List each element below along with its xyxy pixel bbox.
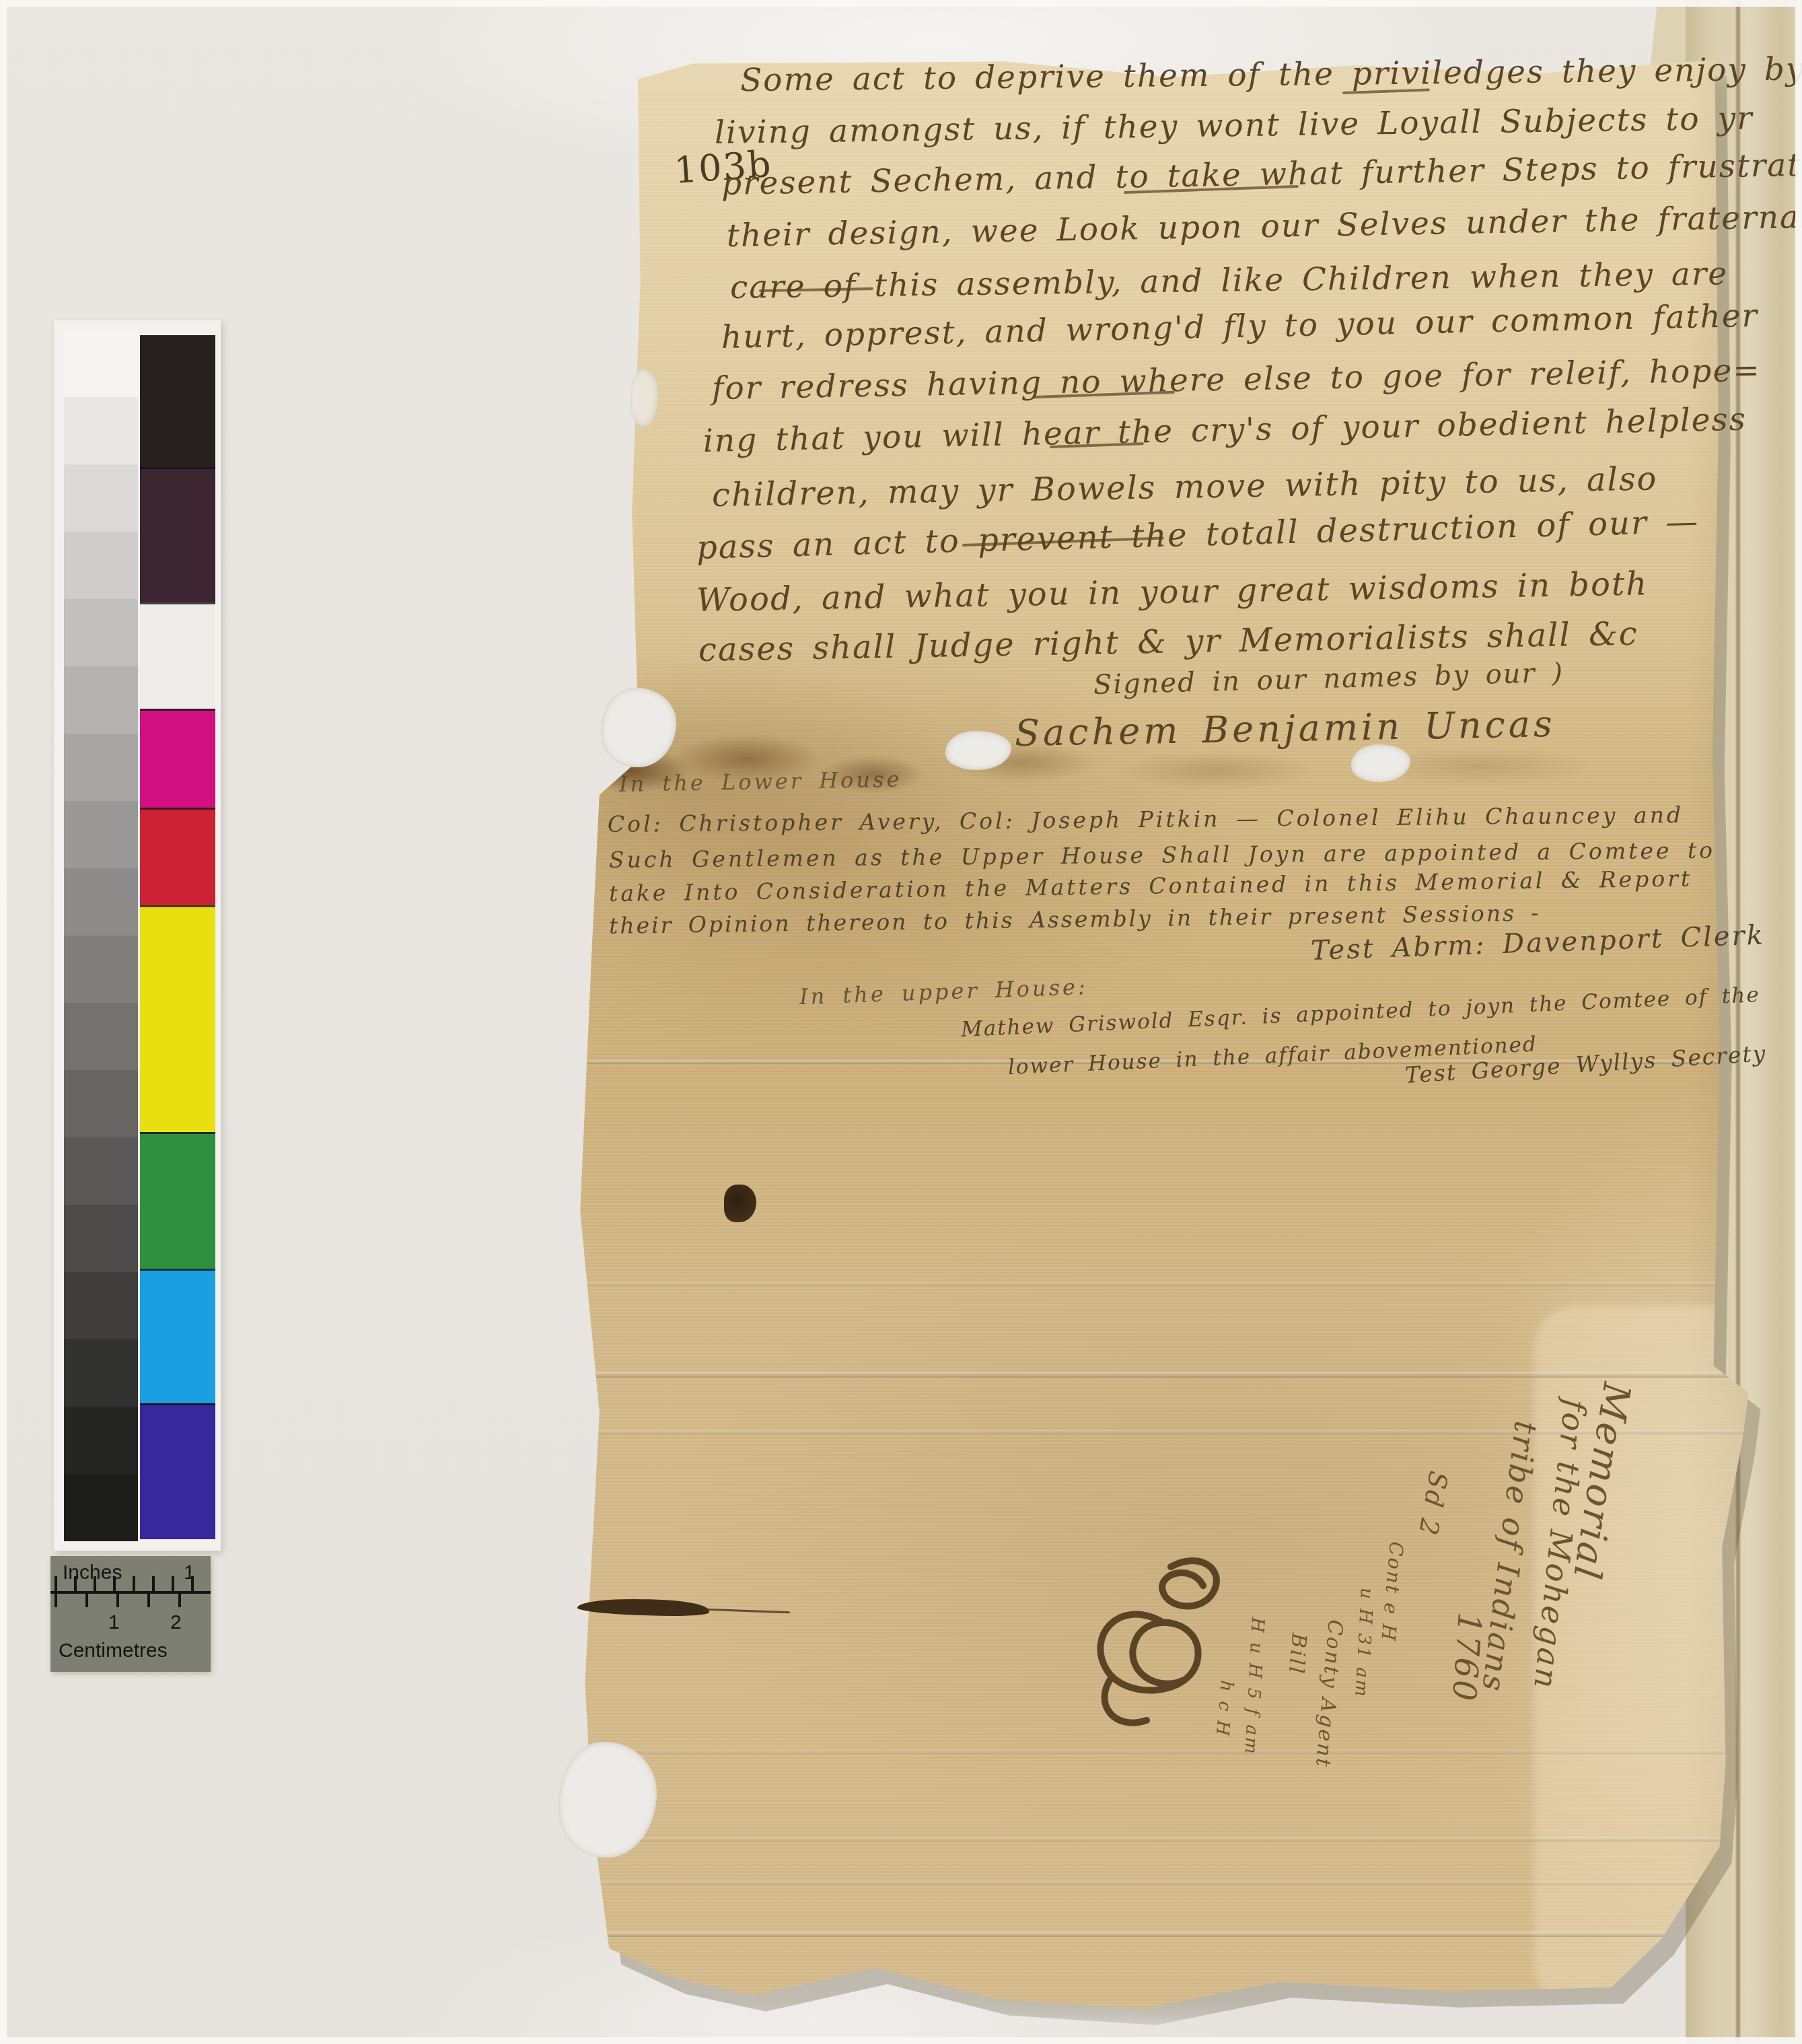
gray-step	[64, 936, 138, 1003]
gray-step	[64, 1205, 138, 1272]
fold-crease	[558, 1282, 1763, 1286]
gray-step	[64, 868, 138, 936]
patch-indigo	[140, 1403, 215, 1539]
patch-magenta	[140, 709, 215, 808]
gray-step	[64, 1137, 138, 1205]
gray-step	[64, 1474, 138, 1541]
fold-crease	[558, 1881, 1763, 1885]
patch-cyan	[140, 1269, 215, 1403]
patch-yellow	[140, 905, 215, 1132]
gray-step	[64, 1003, 138, 1070]
patch-black	[140, 335, 215, 467]
ruler-cm-number: 2	[170, 1611, 182, 1634]
gray-step	[64, 532, 138, 599]
lower-house-heading: In the Lower House	[619, 767, 902, 797]
gray-step	[64, 464, 138, 532]
patch-green	[140, 1132, 215, 1269]
fold-crease	[558, 1372, 1763, 1378]
archival-photograph: 103b Some act to deprive them of the pri…	[0, 0, 1802, 2044]
gray-step	[64, 1272, 138, 1339]
gray-step	[64, 734, 138, 801]
gray-step	[64, 666, 138, 734]
gray-step	[64, 330, 138, 397]
ruler-centimetres-label: Centimetres	[59, 1640, 168, 1662]
docket-annotation: Bill	[1284, 1632, 1311, 1677]
color-patch-column	[140, 335, 215, 1539]
grayscale-column	[64, 330, 138, 1541]
gray-step	[64, 801, 138, 868]
gray-step	[64, 1339, 138, 1407]
gray-step	[64, 599, 138, 666]
cm-ticks	[55, 1594, 209, 1607]
ruler-cm-number: 1	[108, 1611, 120, 1634]
fold-crease	[558, 1837, 1763, 1841]
docket-year: 1760	[1445, 1611, 1488, 1704]
inch-ticks	[55, 1576, 209, 1591]
patch-white	[140, 602, 215, 709]
ink-flourish-scribble	[1077, 1548, 1258, 1763]
patch-red	[140, 808, 215, 905]
fold-crease	[558, 1932, 1763, 1937]
patch-eggplant	[140, 467, 215, 602]
ruler-panel: Inches 1 1 2 Centimetres	[50, 1556, 211, 1672]
gray-step	[64, 1070, 138, 1137]
gray-step	[64, 1407, 138, 1474]
gray-step	[64, 397, 138, 464]
